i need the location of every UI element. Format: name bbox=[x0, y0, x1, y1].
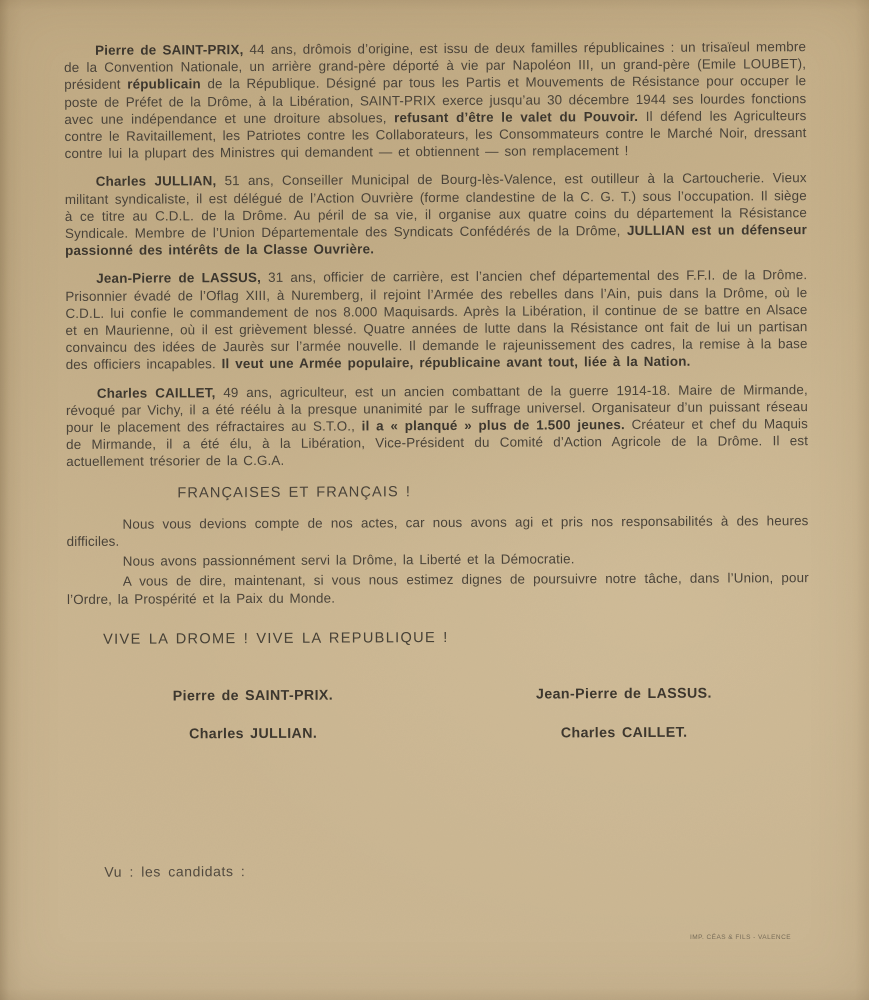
appeal-paragraph-2: Nous avons passionnément servi la Drôme,… bbox=[67, 549, 809, 570]
paragraph-saint-prix: Pierre de SAINT-PRIX, 44 ans, drômois d’… bbox=[64, 38, 807, 162]
printer-imprint: IMP. CÉAS & FILS - VALENCE bbox=[690, 934, 791, 941]
candidate-name-lassus: Jean-Pierre de LASSUS, bbox=[96, 270, 261, 286]
slogan-line: VIVE LA DROME ! VIVE LA REPUBLIQUE ! bbox=[103, 628, 809, 649]
candidate-name-caillet: Charles CAILLET, bbox=[97, 385, 216, 401]
signature-column-right: Jean-Pierre de LASSUS. Charles CAILLET. bbox=[438, 685, 809, 765]
candidate-name-jullian: Charles JULLIAN, bbox=[96, 174, 217, 190]
paragraph-caillet: Charles CAILLET, 49 ans, agriculteur, es… bbox=[66, 381, 808, 471]
candidate-name-saint-prix: Pierre de SAINT-PRIX, bbox=[95, 42, 244, 58]
text-run-bold: refusant d’être le valet du Pouvoir. bbox=[394, 109, 638, 125]
appeal-paragraph-1: Nous vous devions compte de nos actes, c… bbox=[66, 512, 808, 550]
vu-les-candidats-line: Vu : les candidats : bbox=[104, 860, 810, 881]
signature-lassus: Jean-Pierre de LASSUS. bbox=[438, 685, 809, 704]
signature-column-left: Pierre de SAINT-PRIX. Charles JULLIAN. bbox=[67, 687, 438, 767]
signatures: Pierre de SAINT-PRIX. Charles JULLIAN. J… bbox=[67, 685, 809, 767]
text-run-bold: républicain bbox=[127, 77, 201, 92]
signature-jullian: Charles JULLIAN. bbox=[68, 725, 439, 744]
paragraph-lassus: Jean-Pierre de LASSUS, 31 ans, officier … bbox=[65, 267, 808, 374]
appeal-paragraph-3: A vous de dire, maintenant, si vous nous… bbox=[67, 570, 809, 608]
signature-caillet: Charles CAILLET. bbox=[439, 724, 810, 743]
leaflet-page: Pierre de SAINT-PRIX, 44 ans, drômois d’… bbox=[0, 0, 869, 1000]
text-run-bold: Il veut une Armée populaire, républicain… bbox=[222, 354, 691, 371]
signature-saint-prix: Pierre de SAINT-PRIX. bbox=[67, 687, 438, 706]
leaflet-content: Pierre de SAINT-PRIX, 44 ans, drômois d’… bbox=[64, 38, 810, 881]
appeal-heading: FRANÇAISES ET FRANÇAIS ! bbox=[177, 482, 808, 503]
text-run-bold: il a « planqué » plus de 1.500 jeunes. bbox=[362, 417, 625, 433]
paragraph-jullian: Charles JULLIAN, 51 ans, Conseiller Muni… bbox=[65, 170, 807, 260]
